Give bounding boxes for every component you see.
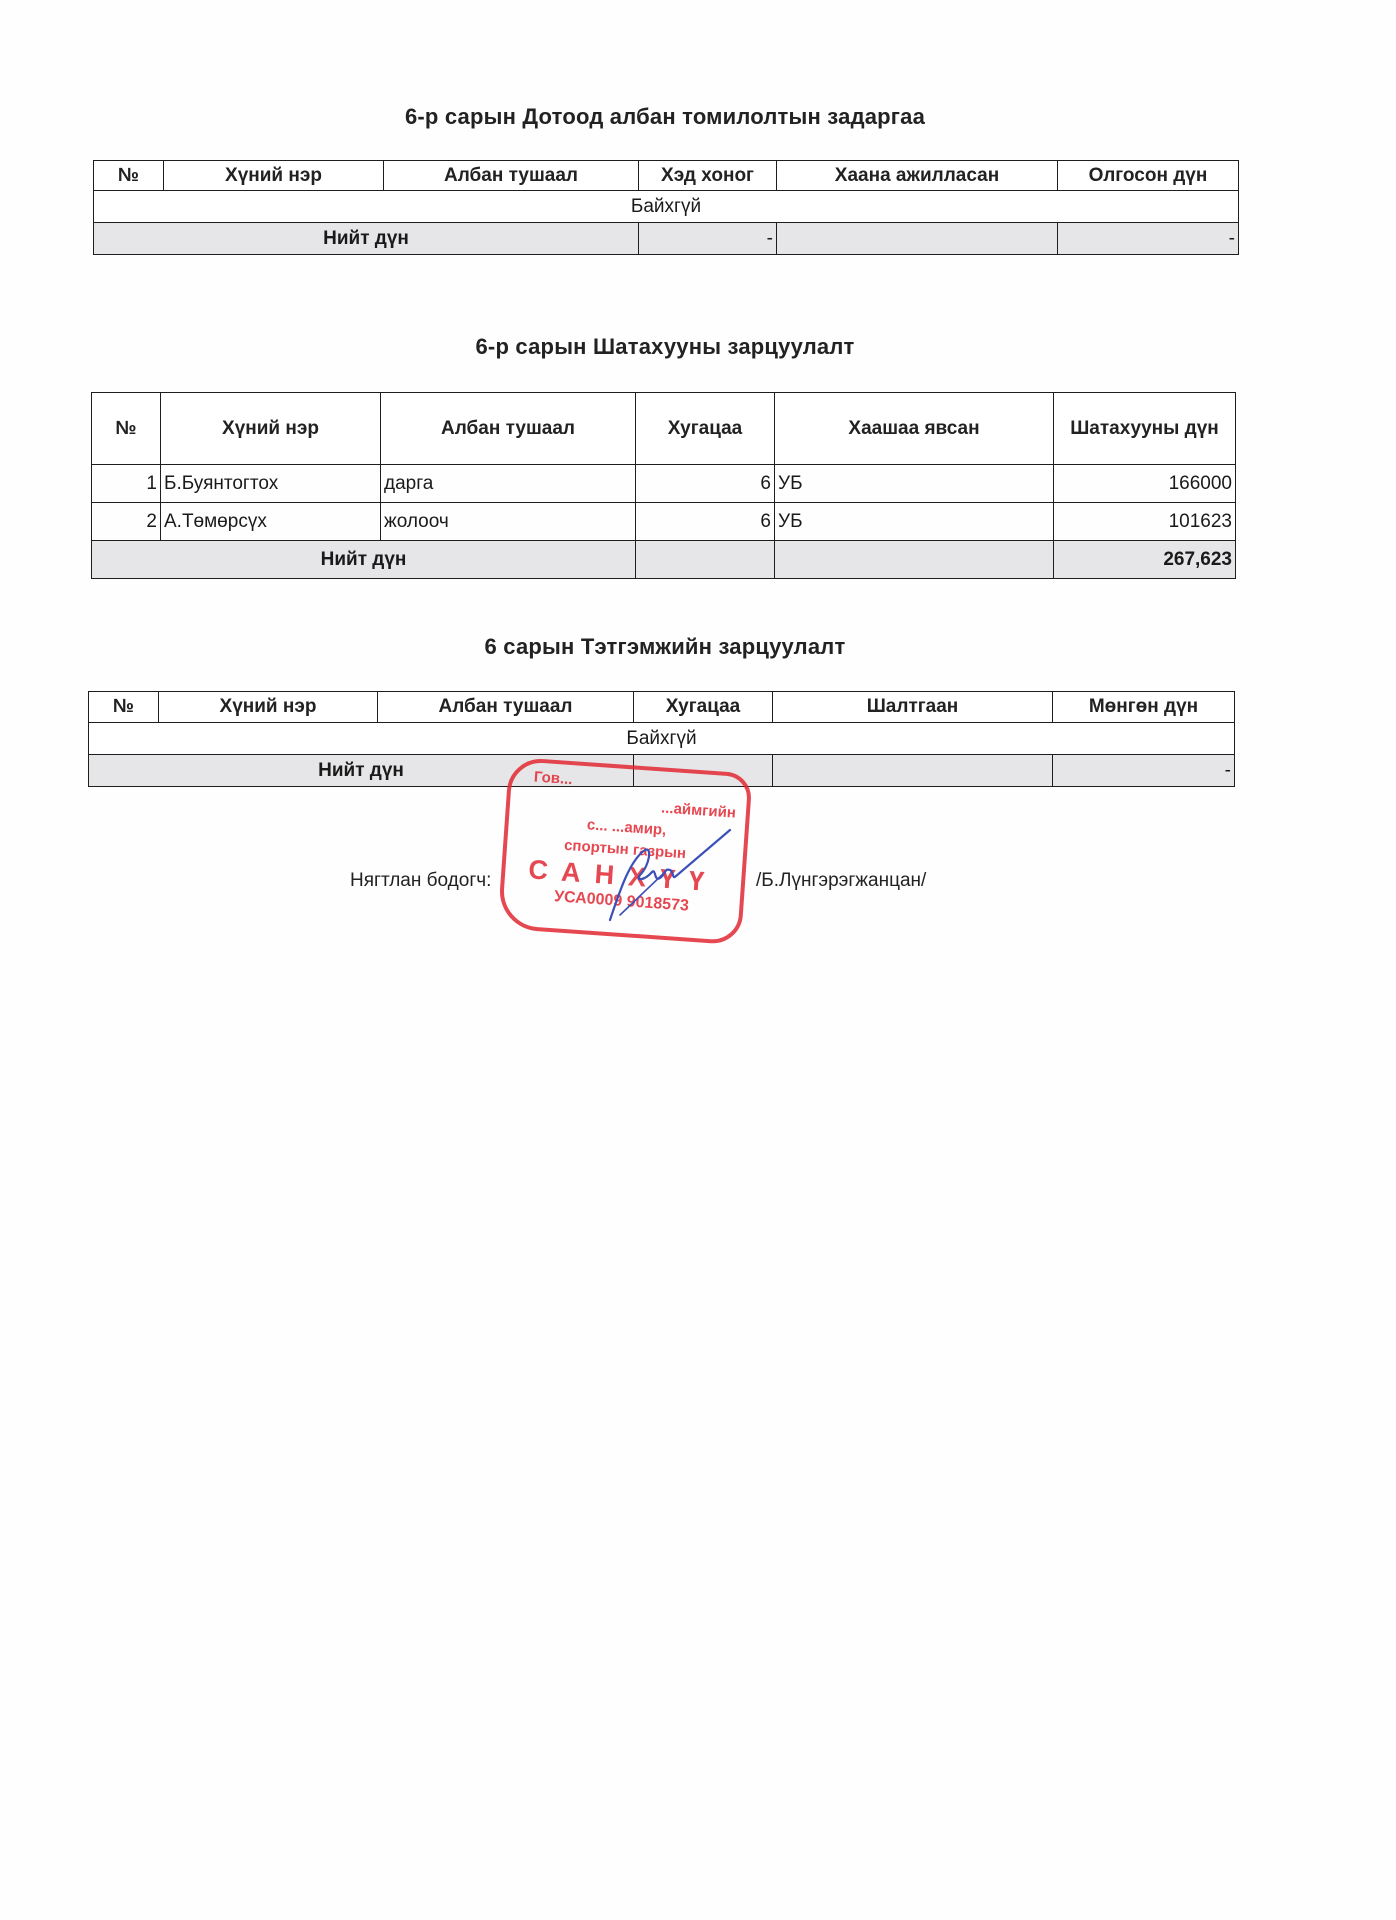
total-label: Нийт дүн (92, 541, 636, 579)
total-label: Нийт дүн (94, 223, 639, 255)
col-header-no: № (89, 692, 159, 723)
row-amount: 166000 (1054, 465, 1236, 503)
empty-row: Байхгүй (89, 723, 1235, 755)
row-duration: 6 (636, 465, 775, 503)
col-header-name: Хүний нэр (164, 161, 384, 191)
total-duration (636, 541, 775, 579)
total-reason (773, 755, 1053, 787)
col-header-no: № (92, 393, 161, 465)
empty-text: Байхгүй (89, 723, 1235, 755)
empty-text: Байхгүй (94, 191, 1239, 223)
total-amount: - (1058, 223, 1239, 255)
row-position: дарга (381, 465, 636, 503)
col-header-no: № (94, 161, 164, 191)
business-trip-table: № Хүний нэр Албан тушаал Хэд хоног Хаана… (93, 160, 1239, 255)
total-amount: 267,623 (1054, 541, 1236, 579)
document-page: 6-р сарын Дотоод албан томилолтын задарг… (0, 0, 1396, 1920)
row-destination: УБ (775, 465, 1054, 503)
col-header-place: Хаана ажилласан (777, 161, 1058, 191)
accountant-name: /Б.Лүнгэрэгжанцан/ (756, 870, 926, 892)
col-header-days: Хэд хоног (639, 161, 777, 191)
total-row: Нийт дүн - - (94, 223, 1239, 255)
col-header-name: Хүний нэр (161, 393, 381, 465)
section-title-business-trip: 6-р сарын Дотоод албан томилолтын задарг… (0, 104, 1330, 130)
total-row: Нийт дүн 267,623 (92, 541, 1236, 579)
col-header-reason: Шалтгаан (773, 692, 1053, 723)
section-title-fuel: 6-р сарын Шатахууны зарцуулалт (0, 334, 1330, 360)
total-destination (775, 541, 1054, 579)
row-name: Б.Буянтогтох (161, 465, 381, 503)
table-row: 1 Б.Буянтогтох дарга 6 УБ 166000 (92, 465, 1236, 503)
accountant-label: Нягтлан бодогч: (350, 870, 491, 892)
row-destination: УБ (775, 503, 1054, 541)
table-header-row: № Хүний нэр Албан тушаал Хугацаа Шалтгаа… (89, 692, 1235, 723)
col-header-duration: Хугацаа (634, 692, 773, 723)
table-row: 2 А.Төмөрсүх жолооч 6 УБ 101623 (92, 503, 1236, 541)
total-days: - (639, 223, 777, 255)
row-name: А.Төмөрсүх (161, 503, 381, 541)
col-header-position: Албан тушаал (384, 161, 639, 191)
col-header-name: Хүний нэр (159, 692, 378, 723)
total-place (777, 223, 1058, 255)
col-header-destination: Хаашаа явсан (775, 393, 1054, 465)
total-amount: - (1053, 755, 1235, 787)
handwritten-signature-icon (590, 820, 740, 930)
section-title-allowance: 6 сарын Тэтгэмжийн зарцуулалт (0, 634, 1330, 660)
col-header-duration: Хугацаа (636, 393, 775, 465)
row-duration: 6 (636, 503, 775, 541)
row-no: 1 (92, 465, 161, 503)
row-no: 2 (92, 503, 161, 541)
col-header-position: Албан тушаал (378, 692, 634, 723)
col-header-money-amount: Мөнгөн дүн (1053, 692, 1235, 723)
table-header-row: № Хүний нэр Албан тушаал Хэд хоног Хаана… (94, 161, 1239, 191)
fuel-table: № Хүний нэр Албан тушаал Хугацаа Хаашаа … (91, 392, 1236, 579)
table-header-row: № Хүний нэр Албан тушаал Хугацаа Хаашаа … (92, 393, 1236, 465)
row-position: жолооч (381, 503, 636, 541)
col-header-position: Албан тушаал (381, 393, 636, 465)
empty-row: Байхгүй (94, 191, 1239, 223)
col-header-fuel-amount: Шатахууны дүн (1054, 393, 1236, 465)
row-amount: 101623 (1054, 503, 1236, 541)
col-header-amount: Олгосон дүн (1058, 161, 1239, 191)
